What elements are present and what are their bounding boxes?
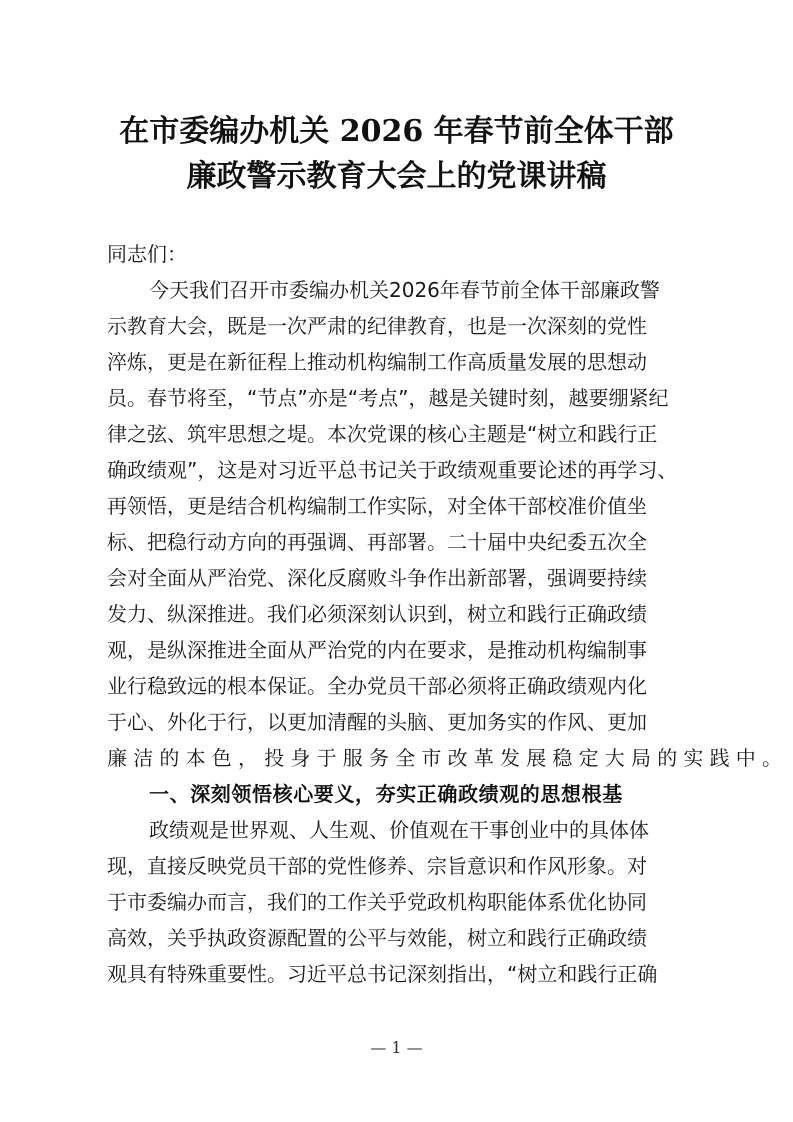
document-page: 在市委编办机关 2026 年春节前全体干部 廉政警示教育大会上的党课讲稿 同志们… [0, 0, 793, 1122]
paragraph-line: 政绩观是世界观、人生观、价值观在干事创业中的具体体 [149, 812, 685, 848]
paragraph-line: 确政绩观”，这是对习近平总书记关于政绩观重要论述的再学习、 [107, 452, 685, 488]
paragraph-line: 会对全面从严治党、深化反腐败斗争作出新部署，强调要持续 [107, 560, 685, 596]
paragraph-line: 于市委编办而言，我们的工作关乎党政机构职能体系优化协同 [107, 884, 685, 920]
paragraph-line: 淬炼，更是在新征程上推动机构编制工作高质量发展的思想动 [107, 344, 685, 380]
paragraph-line: 业行稳致远的根本保证。全办党员干部必须将正确政绩观内化 [107, 668, 685, 704]
document-title-line-2: 廉政警示教育大会上的党课讲稿 [0, 157, 793, 197]
paragraph-line: 员。春节将至，“节点”亦是“考点”，越是关键时刻，越要绷紧纪 [107, 380, 685, 416]
paragraph-line: 观具有特殊重要性。习近平总书记深刻指出，“树立和践行正确 [107, 956, 685, 992]
paragraph-line: 廉洁的本色，投身于服务全市改革发展稳定大局的实践中。 [107, 740, 685, 776]
paragraph-line: 发力、纵深推进。我们必须深刻认识到，树立和践行正确政绩 [107, 596, 685, 632]
salutation: 同志们： [107, 236, 685, 272]
paragraph-line: 现，直接反映党员干部的党性修养、宗旨意识和作风形象。对 [107, 848, 685, 884]
paragraph-line: 标、把稳行动方向的再强调、再部署。二十届中央纪委五次全 [107, 524, 685, 560]
paragraph-line: 示教育大会，既是一次严肃的纪律教育，也是一次深刻的党性 [107, 308, 685, 344]
paragraph-line: 于心、外化于行，以更加清醒的头脑、更加务实的作风、更加 [107, 704, 685, 740]
document-title-line-1: 在市委编办机关 2026 年春节前全体干部 [0, 112, 793, 152]
paragraph-line: 律之弦、筑牢思想之堤。本次党课的核心主题是“树立和践行正 [107, 416, 685, 452]
paragraph-line: 高效，关乎执政资源配置的公平与效能，树立和践行正确政绩 [107, 920, 685, 956]
paragraph-line: 今天我们召开市委编办机关2026年春节前全体干部廉政警 [149, 272, 685, 308]
page-number: — 1 — [0, 1038, 793, 1058]
paragraph-line: 再领悟，更是结合机构编制工作实际，对全体干部校准价值坐 [107, 488, 685, 524]
section-heading-1: 一、深刻领悟核心要义，夯实正确政绩观的思想根基 [149, 776, 685, 812]
paragraph-line: 观，是纵深推进全面从严治党的内在要求，是推动机构编制事 [107, 632, 685, 668]
